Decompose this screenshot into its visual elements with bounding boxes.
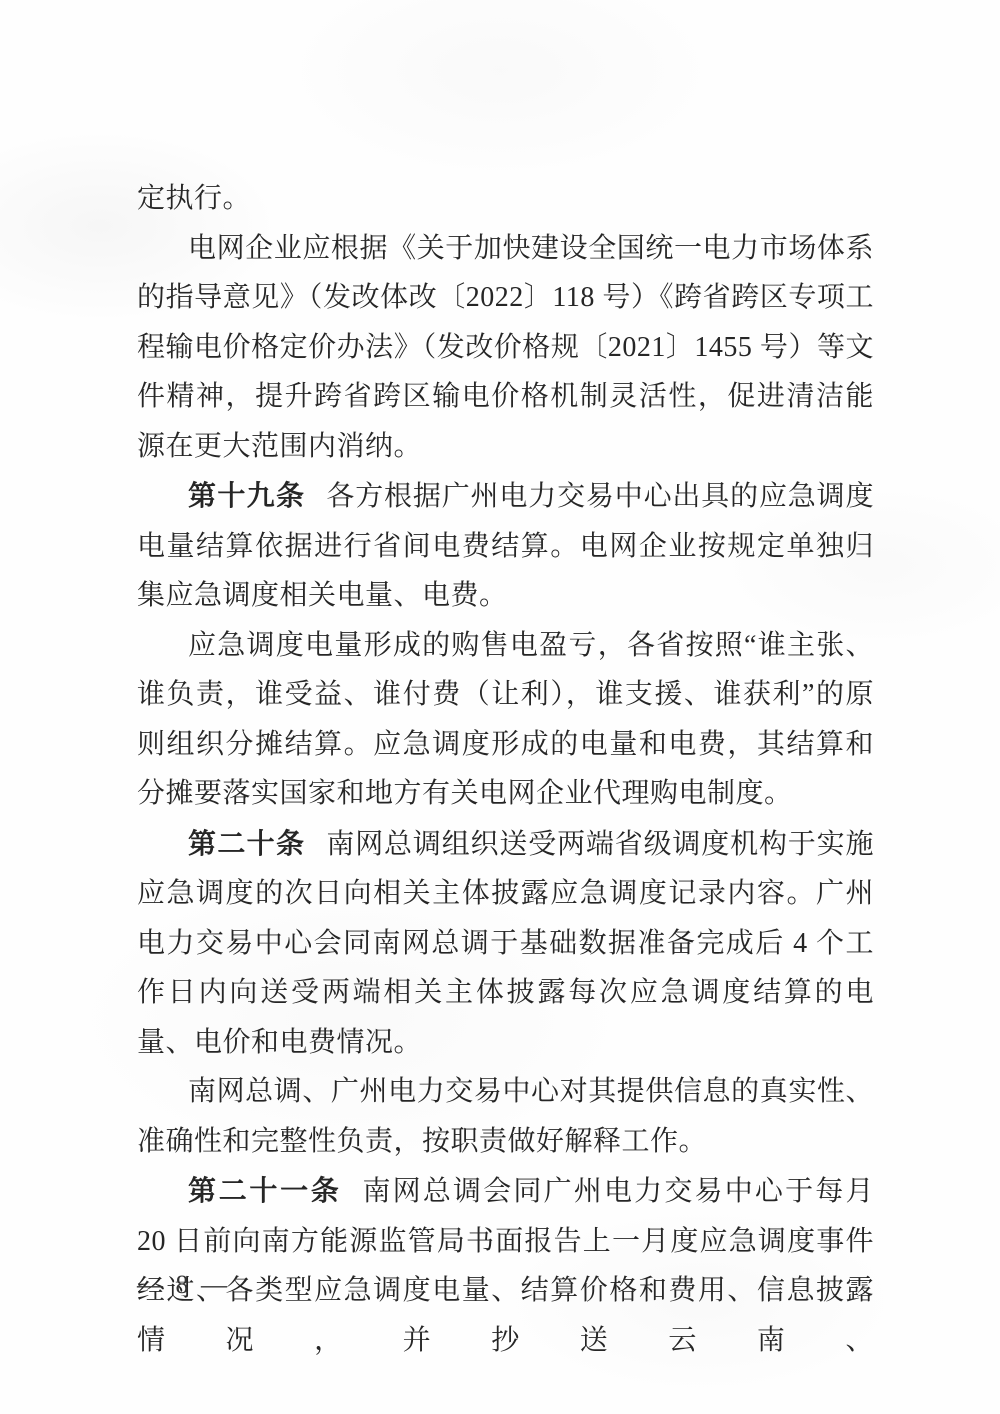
page-footer: — 8 — [137,1270,230,1300]
document-page: 定执行。电网企业应根据《关于加快建设全国统一电力市场体系的指导意见》（发改体改〔… [0,0,1000,1414]
article-number: 第二十一条 [188,1175,341,1206]
document-body: 定执行。电网企业应根据《关于加快建设全国统一电力市场体系的指导意见》（发改体改〔… [137,174,874,1365]
article-number: 第二十条 [188,828,305,859]
paragraph: 第二十条南网总调组织送受两端省级调度机构于实施应急调度的次日向相关主体披露应急调… [137,819,874,1068]
paragraph: 电网企业应根据《关于加快建设全国统一电力市场体系的指导意见》（发改体改〔2022… [137,224,874,472]
paragraph: 南网总调、广州电力交易中心对其提供信息的真实性、准确性和完整性负责，按职责做好解… [137,1067,874,1166]
article-number: 第十九条 [188,480,305,511]
paragraph: 第二十一条南网总调会同广州电力交易中心于每月 20 日前向南方能源监管局书面报告… [137,1166,874,1365]
page-number: — 8 — [137,1270,230,1299]
paragraph: 应急调度电量形成的购售电盈亏，各省按照“谁主张、谁负责，谁受益、谁付费（让利），… [137,621,874,819]
paragraph: 定执行。 [137,174,874,224]
paragraph: 第十九条各方根据广州电力交易中心出具的应急调度电量结算依据进行省间电费结算。电网… [137,471,874,621]
